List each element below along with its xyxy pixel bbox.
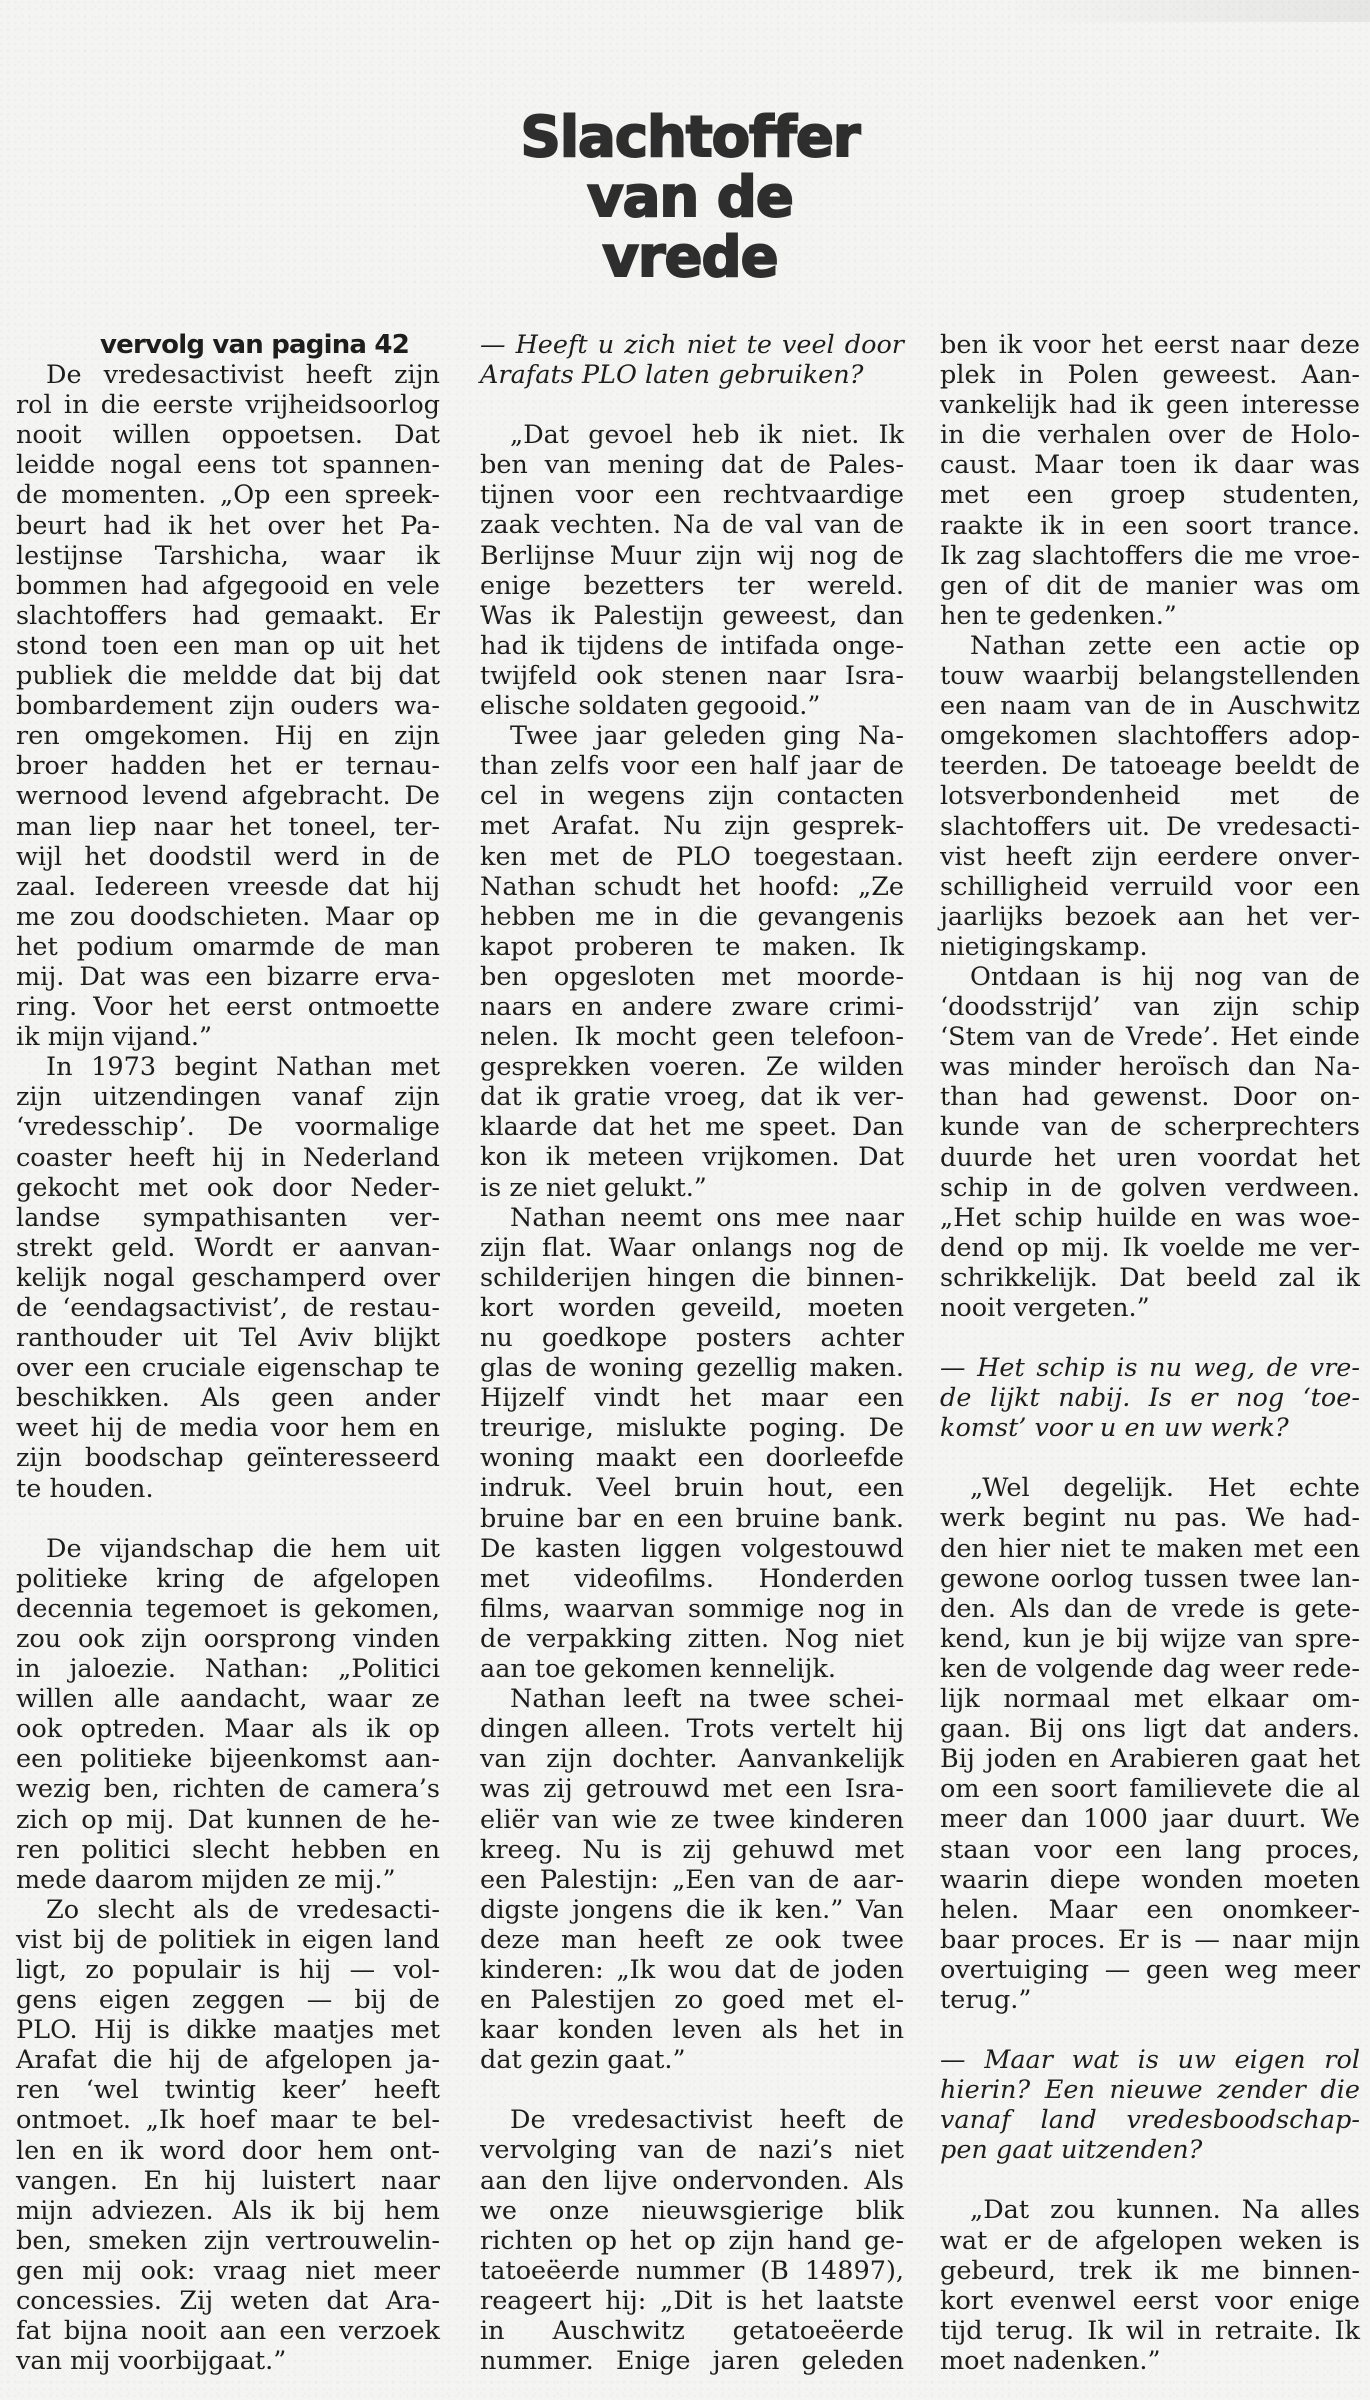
text-line: films, waarvan sommige nog in xyxy=(480,1594,904,1624)
article-column-3: ben ik voor het eerst naar dezeplek in P… xyxy=(940,330,1360,2376)
text-line: mijn adviezen. Als ik bij hem xyxy=(16,2196,440,2226)
text-line: ontmoet. „Ik hoef maar te bel- xyxy=(16,2105,440,2135)
text-line: schilligheid verruild voor een xyxy=(940,872,1360,902)
headline-line: Slachtoffer xyxy=(480,108,900,168)
text-line: helen. Maar een onomkeer- xyxy=(940,1895,1360,1925)
text-line: ben, smeken zijn vertrouwelin- xyxy=(16,2226,440,2256)
paragraph: De vijandschap die hem uitpolitieke krin… xyxy=(16,1534,440,1895)
interview-question: — Maar wat is uw eigen rolhierin? Een ni… xyxy=(940,2045,1360,2165)
text-line: met Arafat. Nu zijn gesprek- xyxy=(480,811,904,841)
text-line: ben van mening dat de Pales- xyxy=(480,450,904,480)
text-line: de ‘eendagsactivist’, de restau- xyxy=(16,1293,440,1323)
text-line: raakte ik in een soort trance. xyxy=(940,511,1360,541)
text-line: mij. Dat was een bizarre erva- xyxy=(16,962,440,992)
text-line: kend, kun je bij wijze van spre- xyxy=(940,1624,1360,1654)
text-line: duurde het uren voordat het xyxy=(940,1143,1360,1173)
paragraph: „Dat gevoel heb ik niet. Ikben van menin… xyxy=(480,420,904,721)
text-line: mede daarom mijden ze mij.” xyxy=(16,1865,440,1895)
text-line: treurige, mislukte poging. De xyxy=(480,1413,904,1443)
text-line: Berlijnse Muur zijn wij nog de xyxy=(480,541,904,571)
text-line: ben ik voor het eerst naar deze xyxy=(940,330,1360,360)
text-line: — Heeft u zich niet te veel door xyxy=(480,330,904,360)
text-line: van mij voorbijgaat.” xyxy=(16,2346,440,2376)
text-line: de verpakking zitten. Nog niet xyxy=(480,1624,904,1654)
text-line: Hijzelf vindt het maar een xyxy=(480,1383,904,1413)
text-line: waarin diepe wonden moeten xyxy=(940,1865,1360,1895)
text-line: tijd terug. Ik wil in retraite. Ik xyxy=(940,2316,1360,2346)
text-line: ligt, zo populair is hij — vol- xyxy=(16,1955,440,1985)
text-line: pen gaat uitzenden? xyxy=(940,2135,1360,2165)
text-line: zich op mij. Dat kunnen de he- xyxy=(16,1805,440,1835)
text-line: wernood levend afgebracht. De xyxy=(16,781,440,811)
text-line: moet nadenken.” xyxy=(940,2346,1360,2376)
text-line: nooit vergeten.” xyxy=(940,1293,1360,1323)
text-line: touw waarbij belangstellenden xyxy=(940,661,1360,691)
text-line: elische soldaten gegooid.” xyxy=(480,691,904,721)
text-line: PLO. Hij is dikke maatjes met xyxy=(16,2015,440,2045)
text-line: in Auschwitz getatoeëerde xyxy=(480,2316,904,2346)
text-line: kon ik meteen vrijkomen. Dat xyxy=(480,1142,904,1172)
text-line: kunde van de scherprechters xyxy=(940,1112,1360,1142)
text-line: digste jongens die ik ken.” Van xyxy=(480,1895,904,1925)
text-line: ook optreden. Maar als ik op xyxy=(16,1714,440,1744)
text-line: was zij getrouwd met een Isra- xyxy=(480,1774,904,1804)
paragraph: Nathan leeft na twee schei-dingen alleen… xyxy=(480,1684,904,2075)
text-line: „Dat zou kunnen. Na alles xyxy=(940,2195,1360,2225)
text-line: coaster heeft hij in Nederland xyxy=(16,1143,440,1173)
scan-edge-shadow xyxy=(1000,0,1370,22)
article-headline: Slachtoffer van de vrede xyxy=(480,108,900,288)
text-line: De vredesactivist heeft zijn xyxy=(16,360,440,390)
text-line: in die verhalen over de Holo- xyxy=(940,420,1360,450)
text-line: baar proces. Er is — naar mijn xyxy=(940,1925,1360,1955)
text-line: Ontdaan is hij nog van de xyxy=(940,962,1360,992)
paragraph: De vredesactivist heeft zijnrol in die e… xyxy=(16,360,440,1052)
text-line: nooit willen oppoetsen. Dat xyxy=(16,420,440,450)
text-line: De kasten liggen volgestouwd xyxy=(480,1534,904,1564)
text-line: stond toen een man op uit het xyxy=(16,631,440,661)
text-line: aan toe gekomen kennelijk. xyxy=(480,1654,904,1684)
text-line: wat er de afgelopen weken is xyxy=(940,2226,1360,2256)
text-line: een naam van de in Auschwitz xyxy=(940,691,1360,721)
text-line: ren politici slecht hebben en xyxy=(16,1835,440,1865)
text-line: kreeg. Nu is zij gehuwd met xyxy=(480,1835,904,1865)
text-line: rol in die eerste vrijheidsoorlog xyxy=(16,390,440,420)
text-line: Zo slecht als de vredesacti- xyxy=(16,1895,440,1925)
text-line: In 1973 begint Nathan met xyxy=(16,1052,440,1082)
text-line: enige bezetters ter wereld. xyxy=(480,571,904,601)
text-line: den hier niet te maken met een xyxy=(940,1534,1360,1564)
text-line: me zou doodschieten. Maar op xyxy=(16,902,440,932)
text-line: ben opgesloten met moorde- xyxy=(480,962,904,992)
text-line: ‘doodsstrijd’ van zijn schip xyxy=(940,992,1360,1022)
text-line: caust. Maar toen ik daar was xyxy=(940,450,1360,480)
text-line: strekt geld. Wordt er aanvan- xyxy=(16,1233,440,1263)
text-line: over een cruciale eigenschap te xyxy=(16,1353,440,1383)
article-column-1: vervolg van pagina 42 De vredesactivist … xyxy=(16,330,440,2376)
text-line: lestijnse Tarshicha, waar ik xyxy=(16,541,440,571)
text-line: De vijandschap die hem uit xyxy=(16,1534,440,1564)
text-line: ren ‘wel twintig keer’ heeft xyxy=(16,2075,440,2105)
text-line: tatoeëerde nummer (B 14897), xyxy=(480,2256,904,2286)
text-line: was minder heroïsch dan Na- xyxy=(940,1052,1360,1082)
text-line: willen alle aandacht, waar ze xyxy=(16,1684,440,1714)
text-line: vist heeft zijn eerdere onver- xyxy=(940,842,1360,872)
text-line: zijn uitzendingen vanaf zijn xyxy=(16,1082,440,1112)
text-line: schilderijen hingen die binnen- xyxy=(480,1263,904,1293)
section-spacer xyxy=(480,2075,904,2105)
text-line: deze man heeft ze ook twee xyxy=(480,1925,904,1955)
section-spacer xyxy=(940,2165,1360,2195)
text-line: omgekomen slachtoffers adop- xyxy=(940,721,1360,751)
text-line: is ze niet gelukt.” xyxy=(480,1173,904,1203)
text-line: politieke kring de afgelopen xyxy=(16,1564,440,1594)
text-line: glas de woning gezellig maken. xyxy=(480,1353,904,1383)
text-line: we onze nieuwsgierige blik xyxy=(480,2196,904,2226)
text-line: kinderen: „Ik wou dat de joden xyxy=(480,1955,904,1985)
text-line: om een soort familievete die al xyxy=(940,1774,1360,1804)
paragraph: Twee jaar geleden ging Na-than zelfs voo… xyxy=(480,721,904,1203)
paragraph: In 1973 begint Nathan metzijn uitzending… xyxy=(16,1052,440,1503)
text-line: man liep naar het toneel, ter- xyxy=(16,812,440,842)
text-line: kapot proberen te maken. Ik xyxy=(480,932,904,962)
text-line: zijn boodschap geïnteresseerd xyxy=(16,1443,440,1473)
text-line: beschikken. Als geen ander xyxy=(16,1383,440,1413)
text-line: kelijk nogal geschamperd over xyxy=(16,1263,440,1293)
text-line: Nathan leeft na twee schei- xyxy=(480,1684,904,1714)
text-line: ‘vredesschip’. De voormalige xyxy=(16,1112,440,1142)
text-line: weet hij de media voor hem en xyxy=(16,1413,440,1443)
text-line: hen te gedenken.” xyxy=(940,601,1360,631)
text-line: gen mij ook: vraag niet meer xyxy=(16,2256,440,2286)
paragraph: „Wel degelijk. Het echtewerk begint nu p… xyxy=(940,1473,1360,2015)
text-line: bombardement zijn ouders wa- xyxy=(16,691,440,721)
text-line: Nathan zette een actie op xyxy=(940,631,1360,661)
text-line: gebeurd, trek ik me binnen- xyxy=(940,2256,1360,2286)
text-line: vist bij de politiek in eigen land xyxy=(16,1925,440,1955)
text-line: richten op het op zijn hand ge- xyxy=(480,2226,904,2256)
text-line: gewone oorlog tussen twee lan- xyxy=(940,1564,1360,1594)
headline-line: vrede xyxy=(480,228,900,288)
text-line: gens eigen zeggen — bij de xyxy=(16,1985,440,2015)
text-line: indruk. Veel bruin hout, een xyxy=(480,1473,904,1503)
text-line: woning maakt een doorleefde xyxy=(480,1443,904,1473)
paragraph: „Dat zou kunnen. Na alleswat er de afgel… xyxy=(940,2195,1360,2376)
text-line: den. Als dan de vrede is gete- xyxy=(940,1594,1360,1624)
text-line: een politieke bijeenkomst aan- xyxy=(16,1744,440,1774)
paragraph: Ontdaan is hij nog van de‘doodsstrijd’ v… xyxy=(940,962,1360,1323)
text-line: concessies. Zij weten dat Ara- xyxy=(16,2286,440,2316)
text-line: jaarlijks bezoek aan het ver- xyxy=(940,902,1360,932)
text-line: „Wel degelijk. Het echte xyxy=(940,1473,1360,1503)
text-line: met een groep studenten, xyxy=(940,480,1360,510)
text-line: kort worden geveild, moeten xyxy=(480,1293,904,1323)
text-line: Nathan neemt ons mee naar xyxy=(480,1203,904,1233)
text-line: vankelijk had ik geen interesse xyxy=(940,390,1360,420)
text-line: meer dan 1000 jaar duurt. We xyxy=(940,1804,1360,1834)
text-line: tijnen voor een rechtvaardige xyxy=(480,480,904,510)
text-line: — Het schip is nu weg, de vre- xyxy=(940,1353,1360,1383)
section-spacer xyxy=(940,2015,1360,2045)
text-line: in jaloezie. Nathan: „Politici xyxy=(16,1654,440,1684)
article-column-2: — Heeft u zich niet te veel doorArafats … xyxy=(480,330,904,2376)
text-line: decennia tegemoet is gekomen, xyxy=(16,1594,440,1624)
interview-question: — Het schip is nu weg, de vre-de lijkt n… xyxy=(940,1353,1360,1443)
text-line: naars en andere zware crimi- xyxy=(480,992,904,1022)
text-line: Arafats PLO laten gebruiken? xyxy=(480,360,904,390)
text-line: fat bijna nooit aan een verzoek xyxy=(16,2316,440,2346)
text-line: nummer. Enige jaren geleden xyxy=(480,2346,904,2376)
text-line: twijfeld ook stenen naar Isra- xyxy=(480,661,904,691)
text-line: dend op mij. Ik voelde me ver- xyxy=(940,1233,1360,1263)
text-line: het podium omarmde de man xyxy=(16,932,440,962)
text-line: ken de volgende dag weer rede- xyxy=(940,1654,1360,1684)
text-line: De vredesactivist heeft de xyxy=(480,2105,904,2135)
text-line: ranthouder uit Tel Aviv blijkt xyxy=(16,1323,440,1353)
text-line: vervolging van de nazi’s niet xyxy=(480,2135,904,2165)
text-line: met videofilms. Honderden xyxy=(480,1564,904,1594)
text-line: publiek die meldde dat bij dat xyxy=(16,661,440,691)
text-line: teerden. De tatoeage beeldt de xyxy=(940,751,1360,781)
text-line: len en ik word door hem ont- xyxy=(16,2136,440,2166)
paragraph: Nathan neemt ons mee naarzijn flat. Waar… xyxy=(480,1203,904,1685)
text-line: dingen alleen. Trots vertelt hij xyxy=(480,1714,904,1744)
text-line: Bij joden en Arabieren gaat het xyxy=(940,1744,1360,1774)
section-spacer xyxy=(480,390,904,420)
text-line: wezig ben, richten de camera’s xyxy=(16,1774,440,1804)
text-line: nietigingskamp. xyxy=(940,932,1360,962)
text-line: plek in Polen geweest. Aan- xyxy=(940,360,1360,390)
text-line: Twee jaar geleden ging Na- xyxy=(480,721,904,751)
text-line: schrikkelijk. Dat beeld zal ik xyxy=(940,1263,1360,1293)
text-line: kaar konden leven als het in xyxy=(480,2015,904,2045)
text-line: „Het schip huilde en was woe- xyxy=(940,1203,1360,1233)
text-line: zaal. Iedereen vreesde dat hij xyxy=(16,872,440,902)
text-line: leidde nogal eens tot spannen- xyxy=(16,450,440,480)
paragraph: Nathan zette een actie optouw waarbij be… xyxy=(940,631,1360,962)
text-line: van zijn dochter. Aanvankelijk xyxy=(480,1744,904,1774)
text-line: reageert hij: „Dit is het laatste xyxy=(480,2286,904,2316)
text-line: Arafat die hij de afgelopen ja- xyxy=(16,2045,440,2075)
section-spacer xyxy=(940,1323,1360,1353)
interview-question: — Heeft u zich niet te veel doorArafats … xyxy=(480,330,904,390)
text-line: beurt had ik het over het Pa- xyxy=(16,511,440,541)
text-line: zaak vechten. Na de val van de xyxy=(480,510,904,540)
text-line: terug.” xyxy=(940,1985,1360,2015)
text-line: en Palestijen zo goed met el- xyxy=(480,1985,904,2015)
text-line: eliër van wie ze twee kinderen xyxy=(480,1805,904,1835)
text-line: nelen. Ik mocht geen telefoon- xyxy=(480,1022,904,1052)
text-line: aan den lijve ondervonden. Als xyxy=(480,2166,904,2196)
text-line: te houden. xyxy=(16,1474,440,1504)
text-line: gen of dit de manier was om xyxy=(940,571,1360,601)
text-line: cel in wegens zijn contacten xyxy=(480,781,904,811)
text-line: Nathan schudt het hoofd: „Ze xyxy=(480,872,904,902)
text-line: zijn flat. Waar onlangs nog de xyxy=(480,1233,904,1263)
text-line: de lijkt nabij. Is er nog ‘toe- xyxy=(940,1383,1360,1413)
text-line: Ik zag slachtoffers die me vroe- xyxy=(940,541,1360,571)
text-line: „Dat gevoel heb ik niet. Ik xyxy=(480,420,904,450)
section-spacer xyxy=(16,1504,440,1534)
text-line: Was ik Palestijn geweest, dan xyxy=(480,601,904,631)
text-line: slachtoffers uit. De vredesacti- xyxy=(940,812,1360,842)
text-line: komst’ voor u en uw werk? xyxy=(940,1413,1360,1443)
text-line: de momenten. „Op een spreek- xyxy=(16,480,440,510)
text-line: schip in de golven verdween. xyxy=(940,1173,1360,1203)
text-line: ken met de PLO toegestaan. xyxy=(480,842,904,872)
text-line: nu goedkope posters achter xyxy=(480,1323,904,1353)
paragraph: De vredesactivist heeft devervolging van… xyxy=(480,2105,904,2376)
text-line: bruine bar en een bruine bank. xyxy=(480,1504,904,1534)
text-line: slachtoffers had gemaakt. Er xyxy=(16,601,440,631)
text-line: zou ook zijn oorsprong vinden xyxy=(16,1624,440,1654)
text-line: — Maar wat is uw eigen rol xyxy=(940,2045,1360,2075)
text-line: kort evenwel eerst voor enige xyxy=(940,2286,1360,2316)
continued-from-kicker: vervolg van pagina 42 xyxy=(16,330,440,360)
text-line: een Palestijn: „Een van de aar- xyxy=(480,1865,904,1895)
paragraph: Zo slecht als de vredesacti-vist bij de … xyxy=(16,1895,440,2377)
text-line: hierin? Een nieuwe zender die xyxy=(940,2075,1360,2105)
text-line: staan voor een lang proces, xyxy=(940,1835,1360,1865)
paragraph: ben ik voor het eerst naar dezeplek in P… xyxy=(940,330,1360,631)
text-line: lijk normaal met elkaar om- xyxy=(940,1684,1360,1714)
text-line: than had gewenst. Door on- xyxy=(940,1082,1360,1112)
text-line: vanaf land vredesboodschap- xyxy=(940,2105,1360,2135)
text-line: ‘Stem van de Vrede’. Het einde xyxy=(940,1022,1360,1052)
text-line: broer hadden het er ternau- xyxy=(16,751,440,781)
text-line: vangen. En hij luistert naar xyxy=(16,2166,440,2196)
text-line: wijl het doodstil werd in de xyxy=(16,842,440,872)
text-line: gesprekken voeren. Ze wilden xyxy=(480,1052,904,1082)
text-line: than zelfs voor een half jaar de xyxy=(480,751,904,781)
text-line: gaan. Bij ons ligt dat anders. xyxy=(940,1714,1360,1744)
text-line: lotsverbondenheid met de xyxy=(940,781,1360,811)
text-line: gekocht met ook door Neder- xyxy=(16,1173,440,1203)
text-line: ren omgekomen. Hij en zijn xyxy=(16,721,440,751)
text-line: overtuiging — geen weg meer xyxy=(940,1955,1360,1985)
text-line: had ik tijdens de intifada onge- xyxy=(480,631,904,661)
text-line: landse sympathisanten ver- xyxy=(16,1203,440,1233)
text-line: werk begint nu pas. We had- xyxy=(940,1503,1360,1533)
text-line: klaarde dat het me speet. Dan xyxy=(480,1112,904,1142)
text-line: dat ik gratie vroeg, dat ik ver- xyxy=(480,1082,904,1112)
text-line: ik mijn vijand.” xyxy=(16,1022,440,1052)
text-line: bommen had afgegooid en vele xyxy=(16,571,440,601)
headline-line: van de xyxy=(480,168,900,228)
text-line: hebben me in die gevangenis xyxy=(480,902,904,932)
text-line: ring. Voor het eerst ontmoette xyxy=(16,992,440,1022)
section-spacer xyxy=(940,1443,1360,1473)
text-line: dat gezin gaat.” xyxy=(480,2045,904,2075)
